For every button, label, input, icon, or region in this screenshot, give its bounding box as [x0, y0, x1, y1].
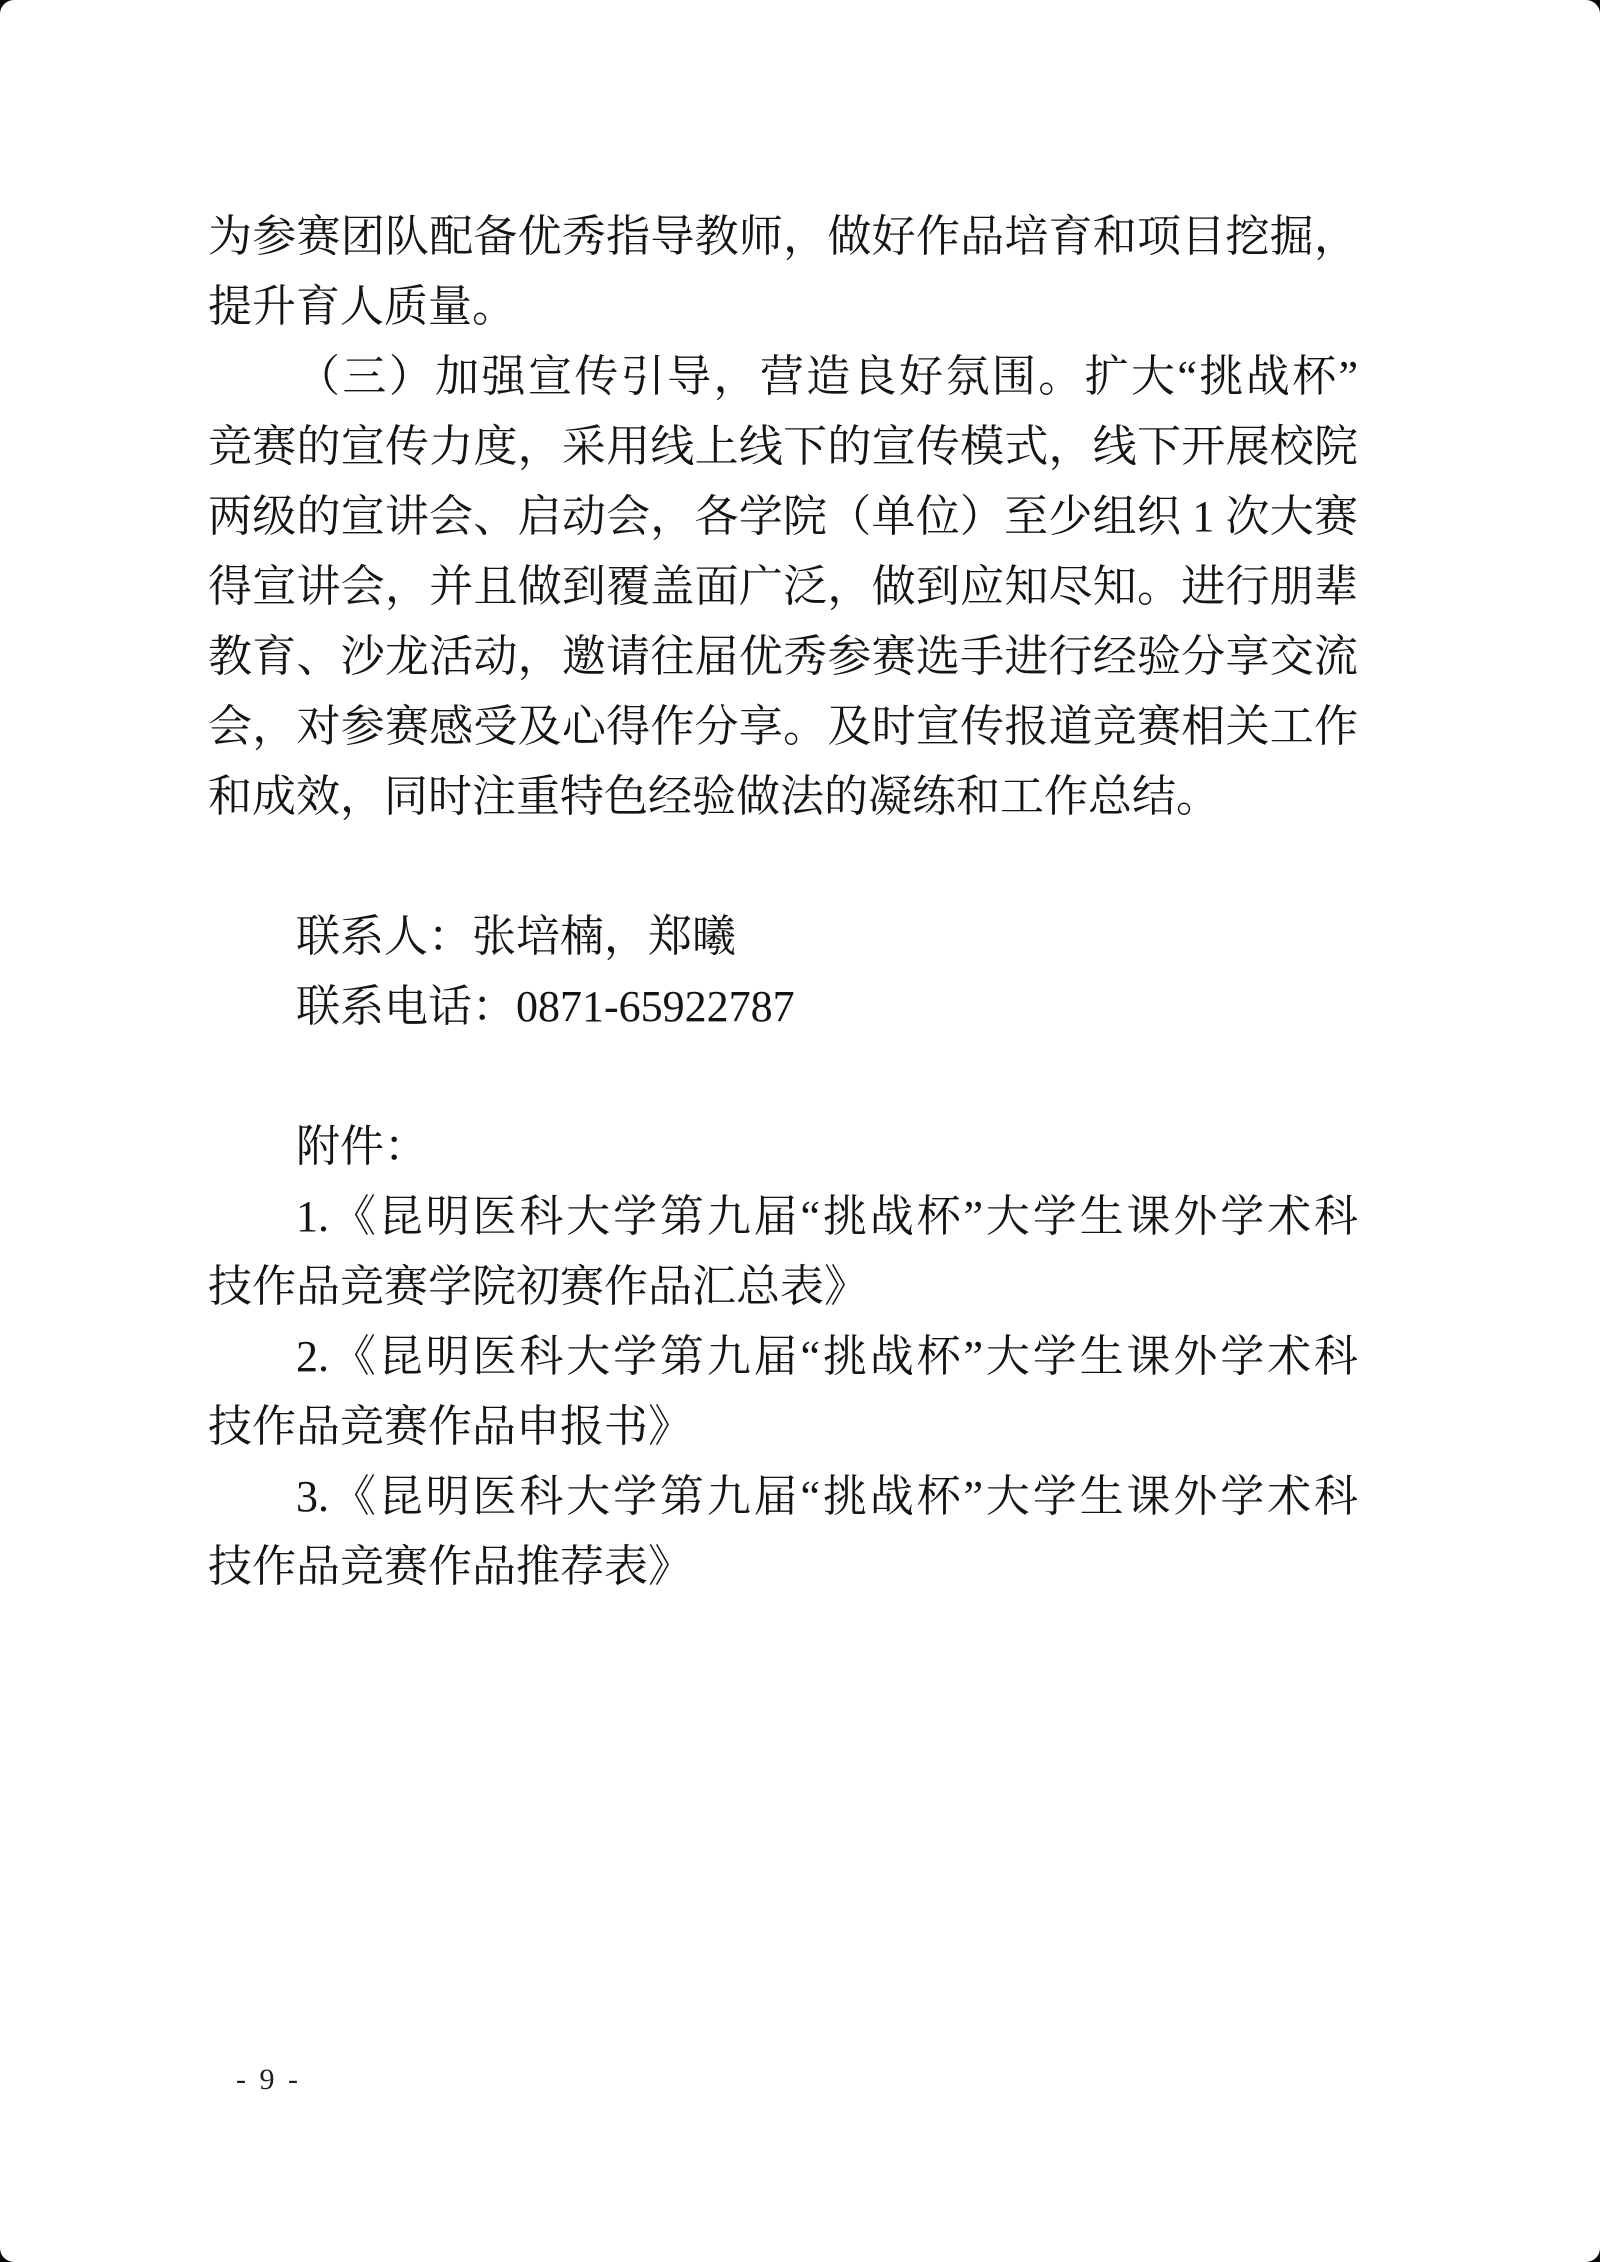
attachment-item-line: 2.《昆明医科大学第九届“挑战杯”大学生课外学术科 [208, 1322, 1358, 1392]
contact-phone-line: 联系电话：0871-65922787 [208, 972, 1358, 1042]
page-background: 为参赛团队配备优秀指导教师，做好作品培育和项目挖掘， 提升育人质量。 （三）加强… [0, 0, 1600, 2262]
section-heading-line: （三）加强宣传引导，营造良好氛围。扩大“挑战杯” [208, 342, 1358, 412]
page-number: - 9 - [236, 2062, 301, 2098]
blank-line [208, 1042, 1358, 1112]
attachment-item-line: 3.《昆明医科大学第九届“挑战杯”大学生课外学术科 [208, 1462, 1358, 1532]
document-body: 为参赛团队配备优秀指导教师，做好作品培育和项目挖掘， 提升育人质量。 （三）加强… [208, 202, 1358, 1602]
body-line: 会，对参赛感受及心得作分享。及时宣传报道竞赛相关工作 [208, 692, 1358, 762]
body-line: 提升育人质量。 [208, 272, 1358, 342]
body-line: 得宣讲会，并且做到覆盖面广泛，做到应知尽知。进行朋辈 [208, 552, 1358, 622]
body-line: 两级的宣讲会、启动会，各学院（单位）至少组织 1 次大赛 [208, 482, 1358, 552]
contact-person-line: 联系人：张培楠，郑曦 [208, 902, 1358, 972]
attachment-item-line: 技作品竞赛作品申报书》 [208, 1392, 1358, 1462]
blank-line [208, 832, 1358, 902]
body-line: 和成效，同时注重特色经验做法的凝练和工作总结。 [208, 762, 1358, 832]
attachment-item-line: 1.《昆明医科大学第九届“挑战杯”大学生课外学术科 [208, 1182, 1358, 1252]
document-page: 为参赛团队配备优秀指导教师，做好作品培育和项目挖掘， 提升育人质量。 （三）加强… [0, 0, 1600, 2262]
body-line: 教育、沙龙活动，邀请往届优秀参赛选手进行经验分享交流 [208, 622, 1358, 692]
attachment-item-line: 技作品竞赛学院初赛作品汇总表》 [208, 1252, 1358, 1322]
attachments-label: 附件： [208, 1112, 1358, 1182]
attachment-item-line: 技作品竞赛作品推荐表》 [208, 1532, 1358, 1602]
body-line: 为参赛团队配备优秀指导教师，做好作品培育和项目挖掘， [208, 202, 1358, 272]
body-line: 竞赛的宣传力度，采用线上线下的宣传模式，线下开展校院 [208, 412, 1358, 482]
